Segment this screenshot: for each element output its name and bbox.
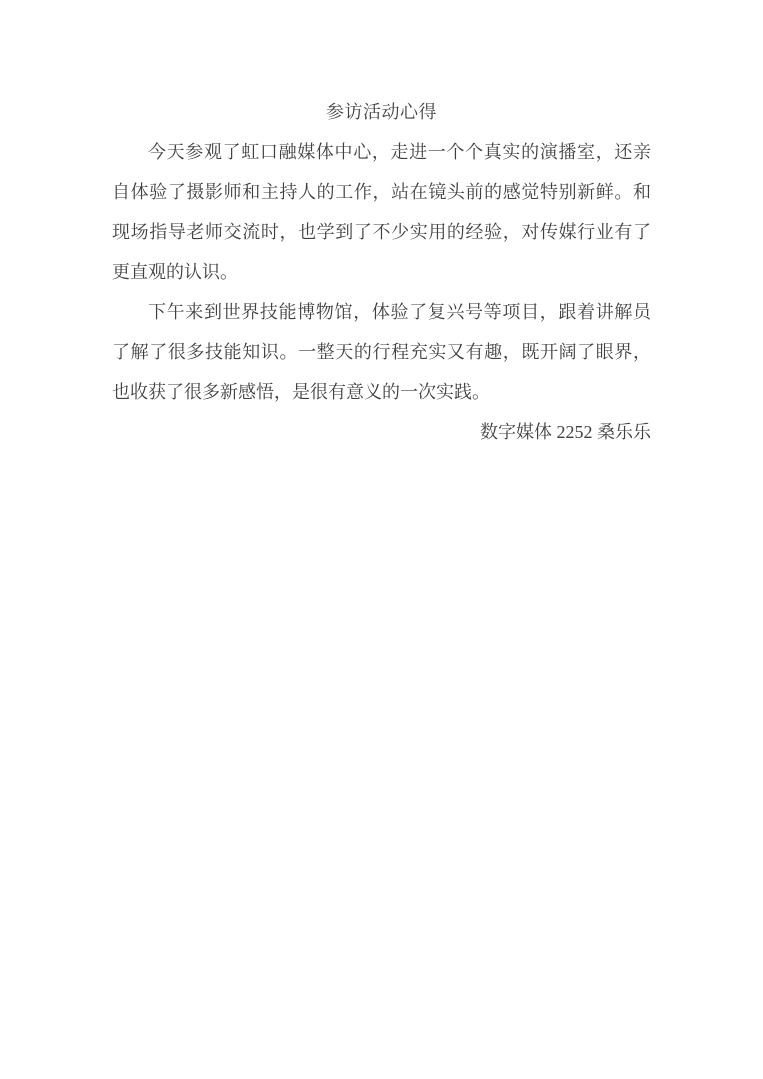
paragraph-morning-visit: 今天参观了虹口融媒体中心，走进一个个真实的演播室，还亲自体验了摄影师和主持人的工… bbox=[112, 132, 651, 292]
signature-line: 数字媒体 2252 桑乐乐 bbox=[112, 412, 651, 452]
document-title: 参访活动心得 bbox=[112, 92, 651, 132]
document-page: 参访活动心得 今天参观了虹口融媒体中心，走进一个个真实的演播室，还亲自体验了摄影… bbox=[0, 0, 763, 1079]
paragraph-afternoon-visit: 下午来到世界技能博物馆，体验了复兴号等项目，跟着讲解员了解了很多技能知识。一整天… bbox=[112, 292, 651, 412]
